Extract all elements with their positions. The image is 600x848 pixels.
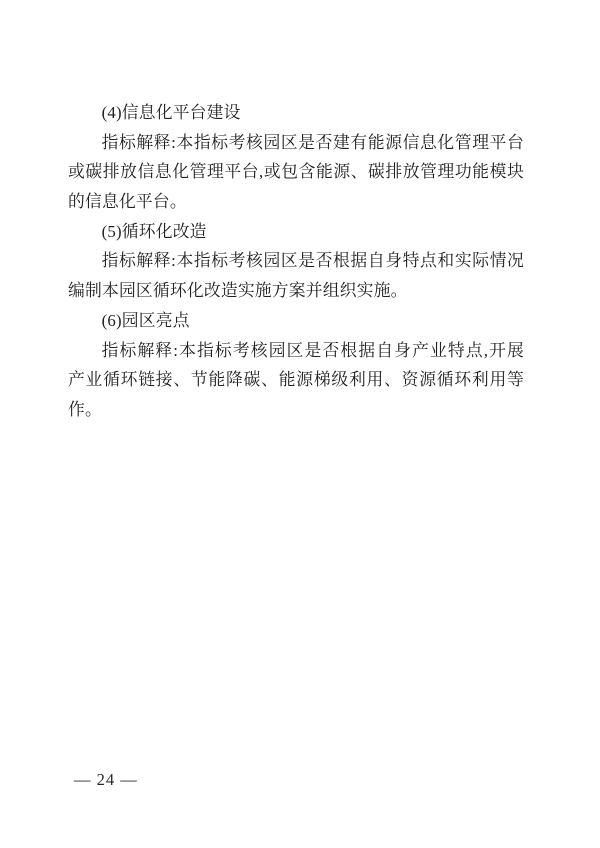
paragraph-line: 作。 [68,395,524,425]
paragraph-line: 指标解释:本指标考核园区是否建有能源信息化管理平台 [68,128,524,158]
paragraph-line: 指标解释:本指标考核园区是否根据自身特点和实际情况 [68,246,524,276]
paragraph-line: 编制本园区循环化改造实施方案并组织实施。 [68,276,524,306]
paragraph-line: 产业循环链接、节能降碳、能源梯级利用、资源循环利用等工 [68,365,524,395]
section-heading-4: (4)信息化平台建设 [68,98,524,128]
paragraph-line: 或碳排放信息化管理平台,或包含能源、碳排放管理功能模块 [68,157,524,187]
page-number: — 24 — [74,770,138,790]
section-heading-6: (6)园区亮点 [68,306,524,336]
document-page: (4)信息化平台建设 指标解释:本指标考核园区是否建有能源信息化管理平台 或碳排… [0,0,600,848]
section-heading-5: (5)循环化改造 [68,217,524,247]
document-content: (4)信息化平台建设 指标解释:本指标考核园区是否建有能源信息化管理平台 或碳排… [68,98,524,425]
paragraph-line: 的信息化平台。 [68,187,524,217]
paragraph-line: 指标解释:本指标考核园区是否根据自身产业特点,开展 [68,336,524,366]
